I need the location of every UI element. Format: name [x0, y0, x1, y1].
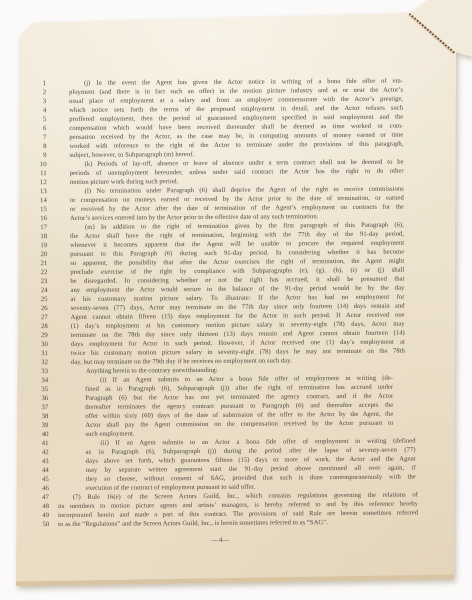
line-number: 47: [27, 493, 49, 502]
line-number: 21: [25, 259, 47, 268]
line-number: 28: [26, 322, 48, 331]
line-number: 37: [26, 403, 48, 412]
page-number: —4—: [33, 535, 408, 547]
line-number: 49: [27, 511, 49, 520]
line-number: 7: [24, 133, 46, 142]
line-number: 25: [26, 295, 48, 304]
line-number: 5: [24, 115, 46, 124]
line-number: 22: [25, 268, 47, 277]
line-number: 33: [26, 367, 48, 376]
line-number: 18: [25, 232, 47, 241]
line-number: 31: [26, 349, 48, 358]
line-number: 44: [27, 466, 49, 475]
line-number: 11: [25, 169, 47, 178]
line-number: 23: [25, 277, 47, 286]
line-number: 45: [27, 475, 49, 484]
line-number: 48: [27, 502, 49, 511]
line-number: 14: [25, 196, 47, 205]
line-number: 20: [25, 250, 47, 259]
line-number: 9: [25, 151, 47, 160]
line-number: 12: [25, 178, 47, 187]
line-text: to as the “Regulations” and the Screen A…: [58, 518, 418, 530]
line-number: 1: [24, 79, 46, 88]
line-number: 26: [26, 304, 48, 313]
line-number: 10: [25, 160, 47, 169]
line-number: 3: [24, 97, 46, 106]
line-number: 29: [26, 331, 48, 340]
line-number: 35: [26, 385, 48, 394]
line-number: 32: [26, 358, 48, 367]
line-number: 50: [27, 520, 49, 529]
paper-sheet: —4— 1(j) In the event the Agent has give…: [0, 0, 472, 600]
line-number: 40: [26, 430, 48, 439]
line-number: 24: [25, 286, 47, 295]
line-number: 30: [26, 340, 48, 349]
line-number: 27: [26, 313, 48, 322]
line-number: 39: [26, 421, 48, 430]
document-line: 50to as the “Regulations” and the Screen…: [3, 517, 472, 529]
line-number: 4: [24, 106, 46, 115]
scanned-document-background: —4— 1(j) In the event the Agent has give…: [0, 0, 472, 600]
line-number: 8: [24, 142, 46, 151]
line-number: 2: [24, 88, 46, 97]
line-number: 17: [25, 223, 47, 232]
line-number: 36: [26, 394, 48, 403]
line-number: 42: [27, 448, 49, 457]
line-number: 41: [27, 439, 49, 448]
line-number: 38: [26, 412, 48, 421]
line-number: 19: [25, 241, 47, 250]
line-number: 34: [26, 376, 48, 385]
line-number: 46: [27, 484, 49, 493]
line-number: 43: [27, 457, 49, 466]
line-number: 16: [25, 214, 47, 223]
line-number: 13: [25, 187, 47, 196]
line-number: 15: [25, 205, 47, 214]
line-number: 6: [24, 124, 46, 133]
document-text-layer: —4— 1(j) In the event the Agent has give…: [0, 76, 472, 599]
